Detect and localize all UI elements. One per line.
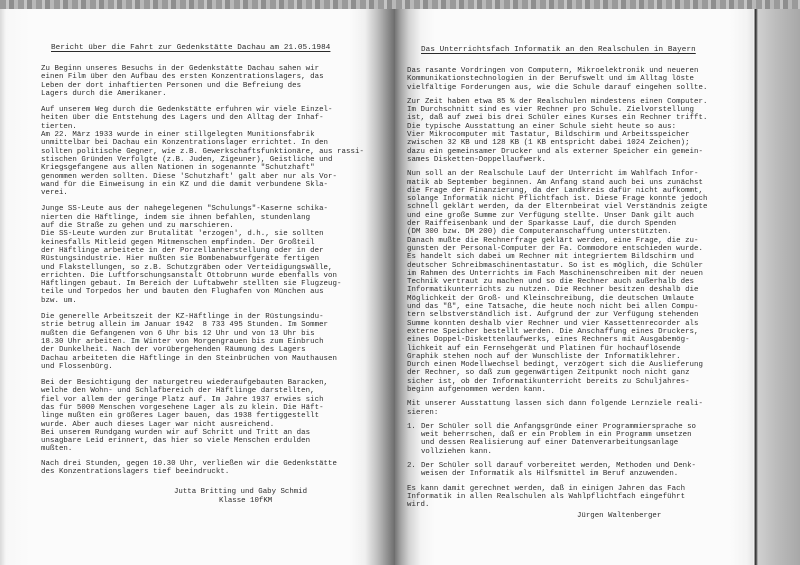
list-text: Der Schüler soll darauf vorbereitet werd…	[421, 462, 696, 479]
right-page-title: Das Unterrichtsfach Informatik an den Re…	[421, 45, 729, 55]
left-page: Bericht über die Fahrt zur Gedenkstätte …	[0, 9, 395, 565]
left-page-content: Bericht über die Fahrt zur Gedenkstätte …	[41, 43, 361, 505]
list-text: Der Schüler soll die Anfangsgründe einer…	[421, 423, 696, 456]
learning-goal-item: 2. Der Schüler soll darauf vorbereitet w…	[407, 462, 729, 479]
paragraph: Die generelle Arbeitszeit der KZ-Häftlin…	[41, 313, 361, 371]
paragraph: Bei der Besichtigung der naturgetreu wie…	[41, 379, 361, 454]
paragraph: Zu Beginn unseres Besuchs in der Gedenks…	[41, 65, 361, 98]
paragraph: Nun soll an der Realschule Lauf der Unte…	[407, 170, 729, 394]
right-page-content: Das Unterrichtsfach Informatik an den Re…	[407, 45, 729, 520]
paragraph: Junge SS-Leute aus der nahegelegenen "Sc…	[41, 205, 361, 305]
list-number: 1.	[407, 423, 421, 456]
list-number: 2.	[407, 462, 421, 479]
paragraph: Mit unserer Ausstattung lassen sich dann…	[407, 400, 729, 417]
signature-names: Jutta Britting und Gaby Schmid	[174, 488, 361, 496]
paragraph: Auf unserem Weg durch die Gedenkstätte e…	[41, 106, 361, 197]
closing-paragraph: Es kann damit gerechnet werden, daß in e…	[407, 485, 729, 510]
scan-top-edge	[0, 0, 800, 9]
paragraph: Nach drei Stunden, gegen 10.30 Uhr, verl…	[41, 460, 361, 477]
paragraph: Das rasante Vordringen von Computern, Mi…	[407, 67, 729, 92]
left-page-title: Bericht über die Fahrt zur Gedenkstätte …	[51, 43, 361, 53]
signature-class: Klasse 10fKM	[219, 497, 361, 505]
right-page: Das Unterrichtsfach Informatik an den Re…	[395, 9, 800, 565]
learning-goal-item: 1. Der Schüler soll die Anfangsgründe ei…	[407, 423, 729, 456]
signature: Jürgen Waltenberger	[577, 512, 729, 520]
paragraph: Zur Zeit haben etwa 85 % der Realschulen…	[407, 98, 729, 164]
